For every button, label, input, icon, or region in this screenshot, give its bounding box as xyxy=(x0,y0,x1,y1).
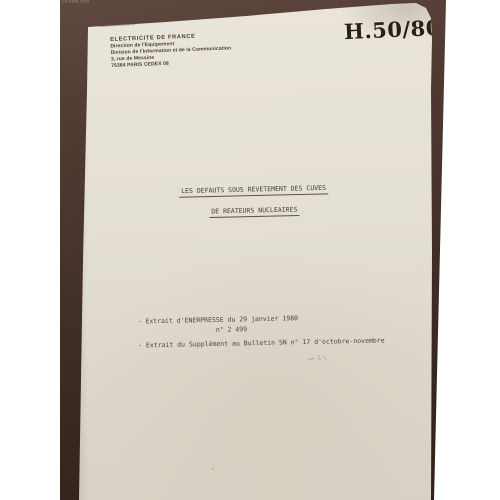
watermark-text: La-livre.com xyxy=(62,0,89,4)
contents-list: - Extrait d'ENERPRESSE du 29 janvier 198… xyxy=(138,311,429,367)
paper-speck xyxy=(212,468,214,470)
redaction-dash xyxy=(95,17,120,23)
letterhead: ELECTRICITE DE FRANCE Direction de l'Equ… xyxy=(110,27,351,78)
title-line-1: LES DEFAUTS SOUS REVETEMENT DES CUVES xyxy=(179,184,328,197)
photo-background: La-livre.com ELECTRICITE DE FRANCE Direc… xyxy=(60,0,446,500)
content-item: - Extrait du Supplément au Bulletin SN n… xyxy=(138,335,438,351)
pencil-squiggle-icon xyxy=(305,351,332,365)
pencil-mark xyxy=(305,350,332,370)
redaction-dash-shadow xyxy=(99,24,135,27)
document-page: ELECTRICITE DE FRANCE Direction de l'Equ… xyxy=(76,0,438,500)
title-line-2: DE REATEURS NUCLEAIRES xyxy=(209,206,299,218)
reference-number: H.50/80 xyxy=(344,15,442,44)
scanned-document-photo: La-livre.com ELECTRICITE DE FRANCE Direc… xyxy=(0,0,500,500)
document-title: LES DEFAUTS SOUS REVETEMENT DES CUVES DE… xyxy=(104,176,405,225)
